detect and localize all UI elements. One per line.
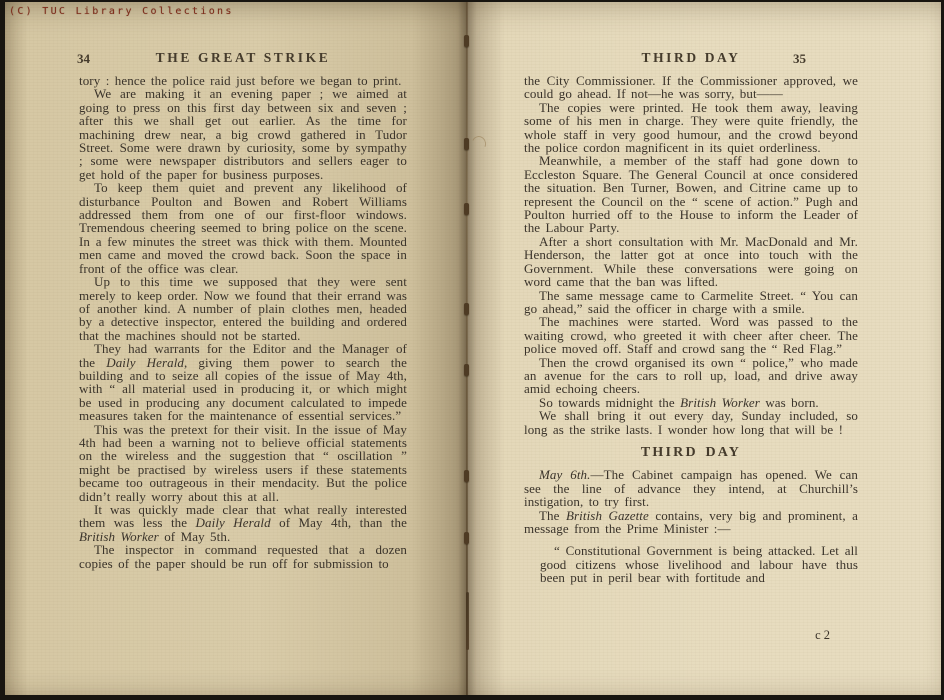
paragraph: It was quickly made clear that what real…: [79, 503, 407, 543]
running-title-left: THE GREAT STRIKE: [79, 50, 407, 66]
section-heading: THIRD DAY: [524, 446, 858, 459]
scan-edge-bottom: [0, 695, 944, 700]
page-header-left: 34 THE GREAT STRIKE: [79, 50, 407, 68]
stitch-mark: [464, 35, 469, 47]
paragraph: We are making it an evening paper ; we a…: [79, 87, 407, 181]
page-header-right: THIRD DAY 35: [524, 50, 858, 68]
paragraph: Meanwhile, a member of the staff had gon…: [524, 154, 858, 234]
paragraph: The inspector in command requested that …: [79, 543, 407, 570]
paragraph: Then the crowd organised its own “ polic…: [524, 356, 858, 396]
stitch-mark: [464, 532, 469, 544]
paragraph: The same message came to Carmelite Stree…: [524, 289, 858, 316]
binding-thread: [466, 592, 469, 650]
page-number-left: 34: [77, 51, 90, 67]
scan-edge-left: [0, 0, 5, 700]
stitch-mark: [464, 364, 469, 376]
stitch-mark: [464, 470, 469, 482]
paragraph: After a short consultation with Mr. MacD…: [524, 235, 858, 289]
paragraph: So towards midnight the British Worker w…: [524, 396, 858, 409]
text-column-right: the City Commissioner. If the Commission…: [524, 74, 858, 585]
scan-edge-top: [0, 0, 944, 2]
text-column-left: tory : hence the police raid just before…: [79, 74, 407, 570]
paragraph: May 6th.—The Cabinet campaign has opened…: [524, 468, 858, 508]
paragraph: The copies were printed. He took them aw…: [524, 101, 858, 155]
paragraph: Up to this time we supposed that they we…: [79, 275, 407, 342]
watermark: (C) TUC Library Collections: [9, 6, 234, 17]
running-title-right: THIRD DAY: [524, 50, 858, 66]
signature-mark: c 2: [524, 628, 858, 643]
stitch-mark: [464, 303, 469, 315]
paragraph: The machines were started. Word was pass…: [524, 315, 858, 355]
paragraph: This was the pretext for their visit. In…: [79, 423, 407, 503]
blockquote: “ Constitutional Government is being att…: [540, 544, 858, 584]
stitch-mark: [464, 203, 469, 215]
paragraph: the City Commissioner. If the Commission…: [524, 74, 858, 101]
page-left: 34 THE GREAT STRIKE tory : hence the pol…: [5, 2, 467, 695]
paragraph: They had warrants for the Editor and the…: [79, 342, 407, 422]
page-number-right: 35: [793, 51, 806, 67]
paragraph: We shall bring it out every day, Sunday …: [524, 409, 858, 436]
paragraph: tory : hence the police raid just before…: [79, 74, 407, 87]
paragraph: The British Gazette contains, very big a…: [524, 509, 858, 536]
page-right: THIRD DAY 35 the City Commissioner. If t…: [467, 2, 941, 695]
stitch-mark: [464, 138, 469, 150]
paragraph: To keep them quiet and prevent any likel…: [79, 181, 407, 275]
book-scan: 34 THE GREAT STRIKE tory : hence the pol…: [0, 0, 944, 700]
